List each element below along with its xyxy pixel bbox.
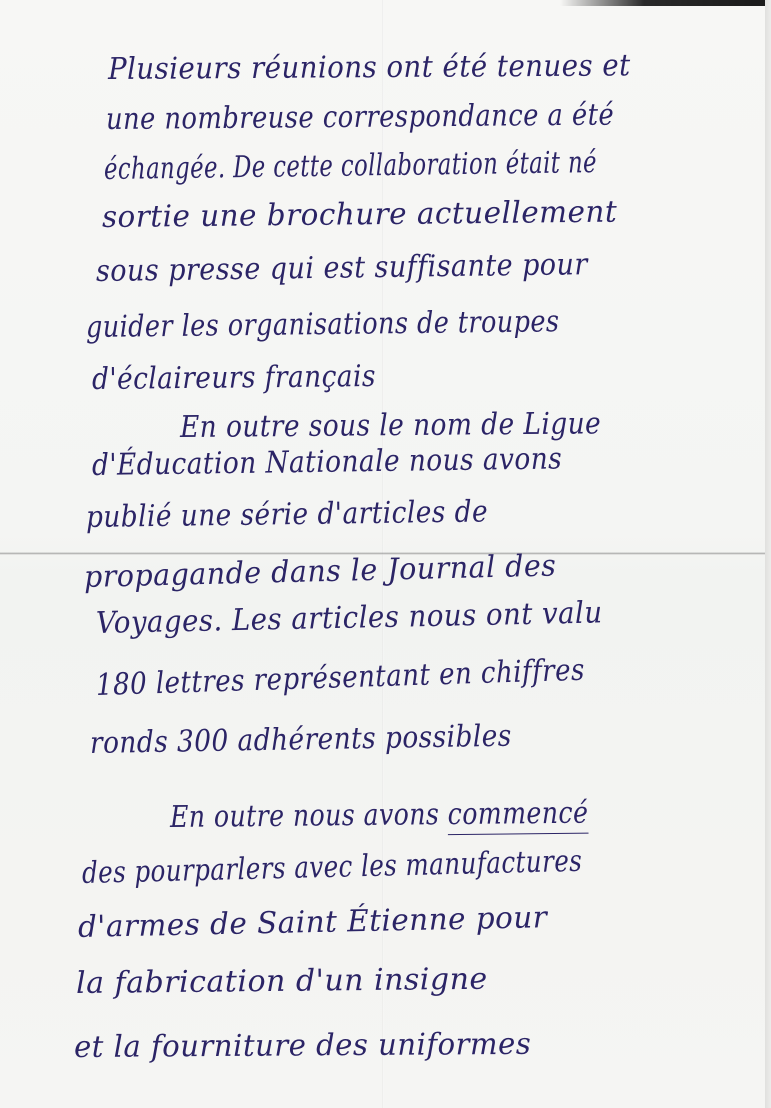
handwritten-line-8: En outre sous le nom de Ligue [180,406,601,445]
handwritten-line-10: publié une série d'articles de [86,494,489,535]
handwritten-line-1: Plusieurs réunions ont été tenues et [108,48,631,87]
underlined-word: commencé [448,796,589,832]
handwritten-line-7: d'éclaireurs français [92,359,376,397]
handwritten-line-9: d'Éducation Nationale nous avons [92,441,563,483]
letter-page: Plusieurs réunions ont été tenues et une… [0,0,766,1108]
handwritten-line-13: 180 lettres représentant en chiffres [95,653,585,703]
handwritten-line-17: d'armes de Saint Étienne pour [78,900,548,945]
handwritten-line-12: Voyages. Les articles nous ont valu [96,595,603,641]
handwritten-line-19: et la fourniture des uniformes [74,1027,531,1065]
handwritten-line-18: la fabrication d'un insigne [76,962,488,1001]
handwritten-line-3: échangée. De cette collaboration était n… [104,145,597,187]
handwritten-line-11: propagande dans le Journal des [84,548,557,595]
paper-right-edge [765,0,771,1108]
handwritten-line-16: des pourparlers avec les manufactures [82,844,583,891]
handwritten-line-14: ronds 300 adhérents possibles [90,719,512,761]
handwritten-line-4: sortie une brochure actuellement [102,195,618,235]
handwritten-line-2: une nombreuse correspondance a été [106,98,614,137]
handwritten-line-5: sous presse qui est suffisante pour [96,247,588,289]
handwritten-line-15: En outre nous avons commencé [170,796,589,835]
handwritten-line-6: guider les organisations de troupes [86,304,560,345]
line-15-text: En outre nous avons [170,797,448,835]
dark-top-edge [560,0,766,6]
